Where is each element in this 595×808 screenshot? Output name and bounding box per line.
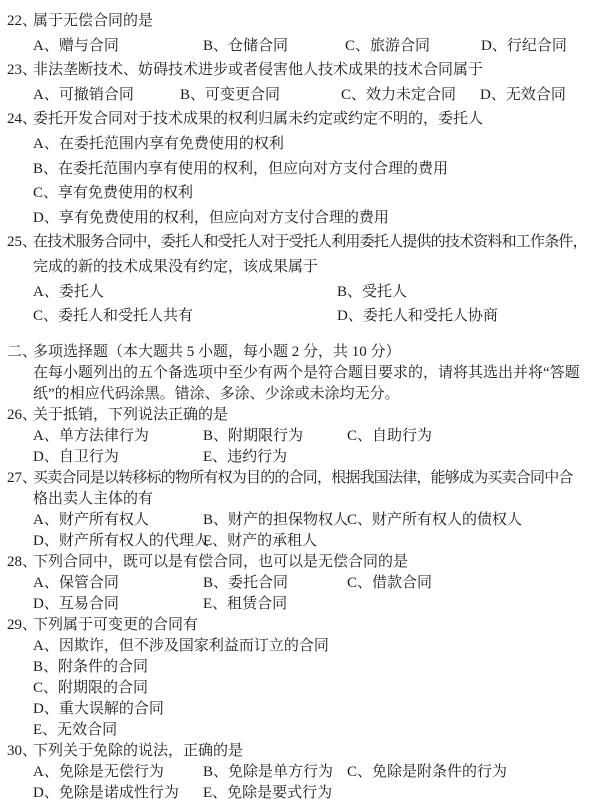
question-30-option-b: B、免除是单方行为 bbox=[203, 760, 333, 781]
question-23-options: A、可撤销合同 B、可变更合同 C、效力未定合同 D、无效合同 bbox=[0, 83, 595, 108]
section-instructions: 在每小题列出的五个备选项中至少有两个是符合题目要求的，请将其选出并将“答题 bbox=[0, 361, 595, 382]
question-25-option-c: C、委托人和受托人共有 bbox=[33, 304, 193, 325]
question-26-stem: 关于抵销，下列说法正确的是 bbox=[33, 403, 228, 424]
multi-choice-section: 二、 多项选择题（本大题共 5 小题，每小题 2 分，共 10 分） 在每小题列… bbox=[0, 340, 595, 802]
section-title: 多项选择题（本大题共 5 小题，每小题 2 分，共 10 分） bbox=[33, 340, 401, 361]
question-24-option-row: C、享有免费使用的权利 bbox=[0, 181, 595, 206]
question-25-option-a: A、委托人 bbox=[33, 280, 104, 301]
question-22-option-b: B、仓储合同 bbox=[203, 34, 288, 55]
question-24-option-row: B、在委托范围内享有使用的权利，但应向对方支付合理的费用 bbox=[0, 157, 595, 182]
question-29-option-row: D、重大误解的合同 bbox=[0, 697, 595, 718]
question-26-options: D、自卫行为 E、违约行为 bbox=[0, 445, 595, 466]
question-30: 30、 下列关于免除的说法，正确的是 bbox=[0, 739, 595, 760]
question-24-option-row: A、在委托范围内享有免费使用的权利 bbox=[0, 132, 595, 157]
question-27-stem-continued: 格出卖人主体的有 bbox=[0, 487, 595, 508]
question-27-options: D、财产所有权人的代理人 E、财产的承租人 bbox=[0, 529, 595, 550]
question-26-option-d: D、自卫行为 bbox=[33, 445, 119, 466]
question-23-option-d: D、无效合同 bbox=[480, 83, 566, 104]
question-28-options: D、互易合同 E、租赁合同 bbox=[0, 592, 595, 613]
question-26: 26、 关于抵销，下列说法正确的是 bbox=[0, 403, 595, 424]
question-28: 28、 下列合同中，既可以是有偿合同，也可以是无偿合同的是 bbox=[0, 550, 595, 571]
question-26-option-a: A、单方法律行为 bbox=[33, 424, 149, 445]
instructions-line1: 在每小题列出的五个备选项中至少有两个是符合题目要求的，请将其选出并将“答题 bbox=[33, 361, 580, 382]
question-28-options: A、保管合同 B、委托合同 C、借款合同 bbox=[0, 571, 595, 592]
question-27: 27、 买卖合同是以转移标的物所有权为目的的合同，根据我国法律，能够成为买卖合同… bbox=[0, 466, 595, 487]
question-27-stem-line2: 格出卖人主体的有 bbox=[33, 487, 153, 508]
instructions-line2: 纸”的相应代码涂黑。错涂、多涂、少涂或未涂均无分。 bbox=[33, 382, 400, 403]
question-23-option-b: B、可变更合同 bbox=[180, 83, 280, 104]
question-26-option-b: B、附期限行为 bbox=[203, 424, 303, 445]
question-24-stem: 委托开发合同对于技术成果的权利归属未约定或约定不明的，委托人 bbox=[33, 107, 483, 128]
question-29-option-a: A、因欺诈，但不涉及国家利益而订立的合同 bbox=[33, 634, 329, 655]
question-23-option-c: C、效力未定合同 bbox=[341, 83, 456, 104]
question-25: 25、 在技术服务合同中，委托人和受托人对于受托人利用委托人提供的技术资料和工作… bbox=[0, 230, 595, 255]
question-27-option-c: C、财产所有权人的债权人 bbox=[347, 508, 522, 529]
question-29-stem: 下列属于可变更的合同有 bbox=[33, 613, 198, 634]
question-22-option-a: A、赠与合同 bbox=[33, 34, 119, 55]
question-26-option-c: C、自助行为 bbox=[347, 424, 432, 445]
question-22-option-c: C、旅游合同 bbox=[345, 34, 430, 55]
question-30-option-d: D、免除是诺成性行为 bbox=[33, 781, 179, 802]
question-23-option-a: A、可撤销合同 bbox=[33, 83, 134, 104]
question-24: 24、 委托开发合同对于技术成果的权利归属未约定或约定不明的，委托人 bbox=[0, 107, 595, 132]
question-25-stem-line2: 完成的新的技术成果没有约定，该成果属于 bbox=[33, 255, 318, 276]
question-30-option-c: C、免除是附条件的行为 bbox=[347, 760, 507, 781]
question-26-options: A、单方法律行为 B、附期限行为 C、自助行为 bbox=[0, 424, 595, 445]
question-29-option-row: A、因欺诈，但不涉及国家利益而订立的合同 bbox=[0, 634, 595, 655]
question-29: 29、 下列属于可变更的合同有 bbox=[0, 613, 595, 634]
question-27-option-e: E、财产的承租人 bbox=[203, 529, 317, 550]
question-30-option-a: A、免除是无偿行为 bbox=[33, 760, 164, 781]
question-29-option-e: E、无效合同 bbox=[33, 718, 117, 739]
question-29-option-row: C、附期限的合同 bbox=[0, 676, 595, 697]
exam-page: 22、 属于无偿合同的是 A、赠与合同 B、仓储合同 C、旅游合同 D、行纪合同… bbox=[0, 0, 595, 808]
question-29-option-row: B、附条件的合同 bbox=[0, 655, 595, 676]
section-instructions: 纸”的相应代码涂黑。错涂、多涂、少涂或未涂均无分。 bbox=[0, 382, 595, 403]
single-choice-section: 22、 属于无偿合同的是 A、赠与合同 B、仓储合同 C、旅游合同 D、行纪合同… bbox=[0, 9, 595, 329]
question-30-options: A、免除是无偿行为 B、免除是单方行为 C、免除是附条件的行为 bbox=[0, 760, 595, 781]
question-28-option-c: C、借款合同 bbox=[347, 571, 432, 592]
question-22: 22、 属于无偿合同的是 bbox=[0, 9, 595, 34]
question-24-option-row: D、享有免费使用的权利，但应向对方支付合理的费用 bbox=[0, 206, 595, 231]
question-29-option-c: C、附期限的合同 bbox=[33, 676, 148, 697]
question-25-options: A、委托人 B、受托人 bbox=[0, 280, 595, 305]
question-27-options: A、财产所有权人 B、财产的担保物权人 C、财产所有权人的债权人 bbox=[0, 508, 595, 529]
question-25-stem-continued: 完成的新的技术成果没有约定，该成果属于 bbox=[0, 255, 595, 280]
question-25-option-b: B、受托人 bbox=[337, 280, 407, 301]
question-27-stem: 买卖合同是以转移标的物所有权为目的的合同，根据我国法律，能够成为买卖合同中合 bbox=[33, 466, 573, 487]
question-27-option-a: A、财产所有权人 bbox=[33, 508, 149, 529]
question-28-option-d: D、互易合同 bbox=[33, 592, 119, 613]
question-29-option-d: D、重大误解的合同 bbox=[33, 697, 164, 718]
question-26-option-e: E、违约行为 bbox=[203, 445, 287, 466]
question-30-options: D、免除是诺成性行为 E、免除是要式行为 bbox=[0, 781, 595, 802]
question-24-option-a: A、在委托范围内享有免费使用的权利 bbox=[33, 132, 284, 153]
question-28-option-e: E、租赁合同 bbox=[203, 592, 287, 613]
question-27-option-b: B、财产的担保物权人 bbox=[203, 508, 348, 529]
question-25-option-d: D、委托人和受托人协商 bbox=[337, 304, 498, 325]
question-29-option-b: B、附条件的合同 bbox=[33, 655, 148, 676]
question-28-stem: 下列合同中，既可以是有偿合同，也可以是无偿合同的是 bbox=[33, 550, 408, 571]
section-heading: 二、 多项选择题（本大题共 5 小题，每小题 2 分，共 10 分） bbox=[0, 340, 595, 361]
question-24-option-c: C、享有免费使用的权利 bbox=[33, 181, 193, 202]
question-30-stem: 下列关于免除的说法，正确的是 bbox=[33, 739, 243, 760]
question-25-options: C、委托人和受托人共有 D、委托人和受托人协商 bbox=[0, 304, 595, 329]
question-29-option-row: E、无效合同 bbox=[0, 718, 595, 739]
question-22-option-d: D、行纪合同 bbox=[481, 34, 567, 55]
question-28-option-a: A、保管合同 bbox=[33, 571, 119, 592]
question-30-option-e: E、免除是要式行为 bbox=[203, 781, 332, 802]
question-23: 23、 非法垄断技术、妨碍技术进步或者侵害他人技术成果的技术合同属于 bbox=[0, 58, 595, 83]
question-25-stem: 在技术服务合同中，委托人和受托人对于受托人利用委托人提供的技术资料和工作条件， bbox=[33, 230, 587, 251]
question-22-options: A、赠与合同 B、仓储合同 C、旅游合同 D、行纪合同 bbox=[0, 34, 595, 59]
question-24-option-d: D、享有免费使用的权利，但应向对方支付合理的费用 bbox=[33, 206, 389, 227]
question-28-option-b: B、委托合同 bbox=[203, 571, 288, 592]
question-22-stem: 属于无偿合同的是 bbox=[33, 9, 153, 30]
question-27-option-d: D、财产所有权人的代理人 bbox=[33, 529, 209, 550]
question-24-option-b: B、在委托范围内享有使用的权利，但应向对方支付合理的费用 bbox=[33, 157, 448, 178]
question-23-stem: 非法垄断技术、妨碍技术进步或者侵害他人技术成果的技术合同属于 bbox=[33, 58, 483, 79]
